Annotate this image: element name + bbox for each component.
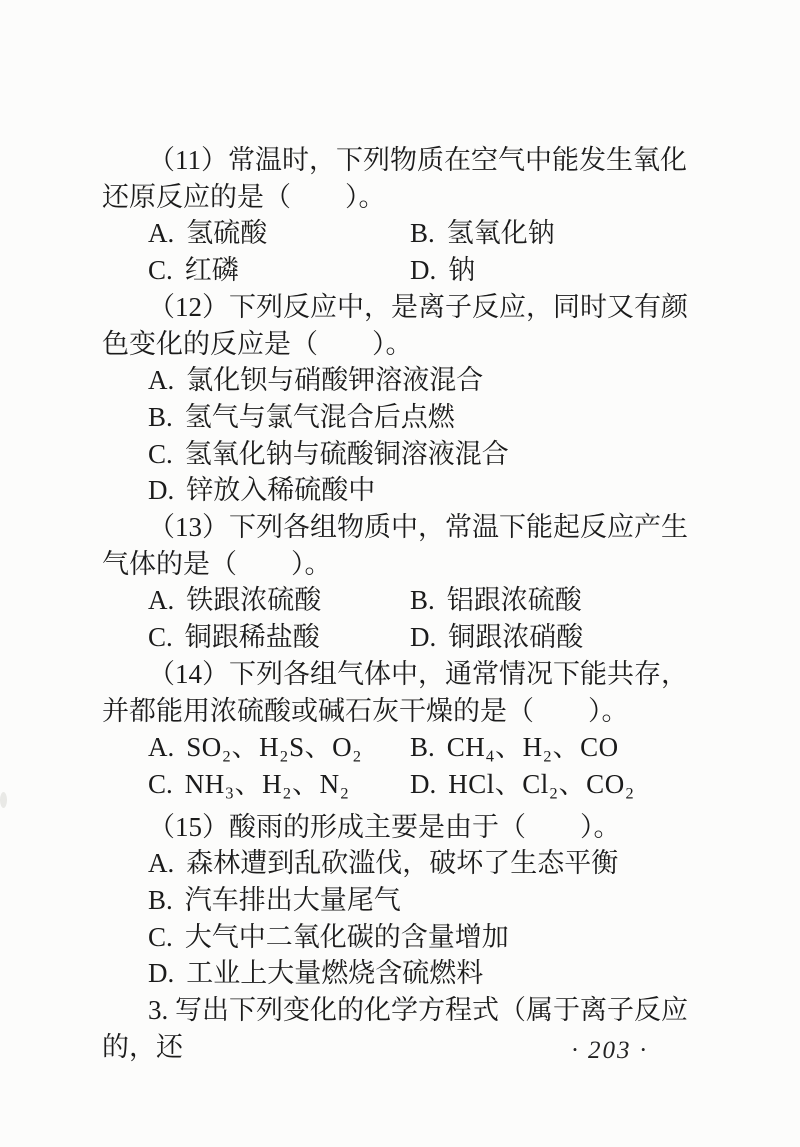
option-12-b-label: B. (148, 399, 173, 436)
option-15-d: D.工业上大量燃烧含硫燃料 (102, 955, 694, 992)
option-14-a: A.SO₂、H₂S、O₂ (148, 729, 410, 766)
option-13-c-label: C. (148, 619, 173, 656)
option-15-c-text: 大气中二氧化碳的含量增加 (185, 922, 509, 952)
option-11-a-label: A. (148, 215, 174, 252)
question-13: （13）下列各组物质中，常温下能起反应产生气体的是（ ）。 A.铁跟浓硫酸 B.… (102, 509, 694, 656)
option-14-c-formula: NH₃、H₂、N₂ (185, 769, 350, 799)
option-13-a-text: 铁跟浓硫酸 (186, 585, 321, 615)
document-page: （11）常温时，下列物质在空气中能发生氧化还原反应的是（ ）。 A.氢硫酸 B.… (0, 0, 800, 1147)
option-14-d-formula: HCl、Cl₂、CO₂ (448, 769, 634, 799)
option-14-b-label: B. (410, 729, 435, 766)
question-14: （14）下列各组气体中，通常情况下能共存，并都能用浓硫酸或碱石灰干燥的是（ ）。… (102, 656, 694, 803)
option-14-d: D.HCl、Cl₂、CO₂ (410, 766, 635, 803)
question-11-options-row-1: A.氢硫酸 B.氢氧化钠 (102, 215, 694, 252)
option-11-c-text: 红磷 (185, 255, 239, 285)
option-12-d-text: 锌放入稀硫酸中 (186, 475, 375, 505)
question-14-options-row-2: C.NH₃、H₂、N₂ D.HCl、Cl₂、CO₂ (102, 766, 694, 803)
option-13-b: B.铝跟浓硫酸 (410, 582, 582, 619)
option-14-a-formula: SO₂、H₂S、O₂ (186, 732, 362, 762)
question-14-options-row-1: A.SO₂、H₂S、O₂ B.CH₄、H₂、CO (102, 729, 694, 766)
question-13-stem: （13）下列各组物质中，常温下能起反应产生气体的是（ ）。 (102, 509, 694, 582)
option-11-a: A.氢硫酸 (148, 215, 410, 252)
option-12-c-text: 氢氧化钠与硫酸铜溶液混合 (185, 439, 509, 469)
option-15-b-text: 汽车排出大量尾气 (185, 885, 401, 915)
option-14-c-label: C. (148, 766, 173, 803)
option-13-b-text: 铝跟浓硫酸 (447, 585, 582, 615)
option-12-b-text: 氢气与氯气混合后点燃 (185, 402, 455, 432)
option-11-d: D.钠 (410, 252, 475, 289)
option-13-c: C.铜跟稀盐酸 (148, 619, 410, 656)
option-12-d-label: D. (148, 472, 174, 509)
option-12-a: A.氯化钡与硝酸钾溶液混合 (102, 362, 694, 399)
option-15-a-text: 森林遭到乱砍滥伐，破坏了生态平衡 (186, 848, 618, 878)
option-14-b-formula: CH₄、H₂、CO (447, 732, 619, 762)
option-15-d-text: 工业上大量燃烧含硫燃料 (186, 958, 483, 988)
option-13-d-label: D. (410, 619, 436, 656)
question-11-stem: （11）常温时，下列物质在空气中能发生氧化还原反应的是（ ）。 (102, 142, 694, 215)
option-12-a-text: 氯化钡与硝酸钾溶液混合 (186, 365, 483, 395)
option-15-d-label: D. (148, 955, 174, 992)
page-number: · 203 · (0, 1033, 800, 1070)
option-15-c: C.大气中二氧化碳的含量增加 (102, 919, 694, 956)
option-14-d-label: D. (410, 766, 436, 803)
option-13-c-text: 铜跟稀盐酸 (185, 622, 320, 652)
option-13-b-label: B. (410, 582, 435, 619)
question-13-options-row-2: C.铜跟稀盐酸 D.铜跟浓硝酸 (102, 619, 694, 656)
option-11-c: C.红磷 (148, 252, 410, 289)
option-15-b-label: B. (148, 882, 173, 919)
option-11-c-label: C. (148, 252, 173, 289)
option-14-a-label: A. (148, 729, 174, 766)
option-15-c-label: C. (148, 919, 173, 956)
question-12: （12）下列反应中，是离子反应，同时又有颜色变化的反应是（ ）。 A.氯化钡与硝… (102, 289, 694, 509)
question-11: （11）常温时，下列物质在空气中能发生氧化还原反应的是（ ）。 A.氢硫酸 B.… (102, 142, 694, 289)
option-11-d-text: 钠 (448, 255, 475, 285)
scan-smudge (0, 792, 7, 808)
option-15-a: A.森林遭到乱砍滥伐，破坏了生态平衡 (102, 845, 694, 882)
option-11-b: B.氢氧化钠 (410, 215, 555, 252)
option-12-c-label: C. (148, 436, 173, 473)
option-15-b: B.汽车排出大量尾气 (102, 882, 694, 919)
question-14-stem: （14）下列各组气体中，通常情况下能共存，并都能用浓硫酸或碱石灰干燥的是（ ）。 (102, 656, 694, 729)
option-12-c: C.氢氧化钠与硫酸铜溶液混合 (102, 436, 694, 473)
question-15: （15）酸雨的形成主要是由于（ ）。 A.森林遭到乱砍滥伐，破坏了生态平衡 B.… (102, 809, 694, 993)
option-13-d-text: 铜跟浓硝酸 (448, 622, 583, 652)
option-11-b-label: B. (410, 215, 435, 252)
option-14-b: B.CH₄、H₂、CO (410, 729, 619, 766)
question-12-stem: （12）下列反应中，是离子反应，同时又有颜色变化的反应是（ ）。 (102, 289, 694, 362)
option-13-a: A.铁跟浓硫酸 (148, 582, 410, 619)
option-13-d: D.铜跟浓硝酸 (410, 619, 583, 656)
option-15-a-label: A. (148, 845, 174, 882)
option-11-d-label: D. (410, 252, 436, 289)
question-11-options-row-2: C.红磷 D.钠 (102, 252, 694, 289)
question-13-options-row-1: A.铁跟浓硫酸 B.铝跟浓硫酸 (102, 582, 694, 619)
option-12-d: D.锌放入稀硫酸中 (102, 472, 694, 509)
option-12-b: B.氢气与氯气混合后点燃 (102, 399, 694, 436)
option-14-c: C.NH₃、H₂、N₂ (148, 766, 410, 803)
option-11-a-text: 氢硫酸 (186, 218, 267, 248)
option-11-b-text: 氢氧化钠 (447, 218, 555, 248)
question-15-stem: （15）酸雨的形成主要是由于（ ）。 (102, 809, 694, 846)
option-12-a-label: A. (148, 362, 174, 399)
option-13-a-label: A. (148, 582, 174, 619)
